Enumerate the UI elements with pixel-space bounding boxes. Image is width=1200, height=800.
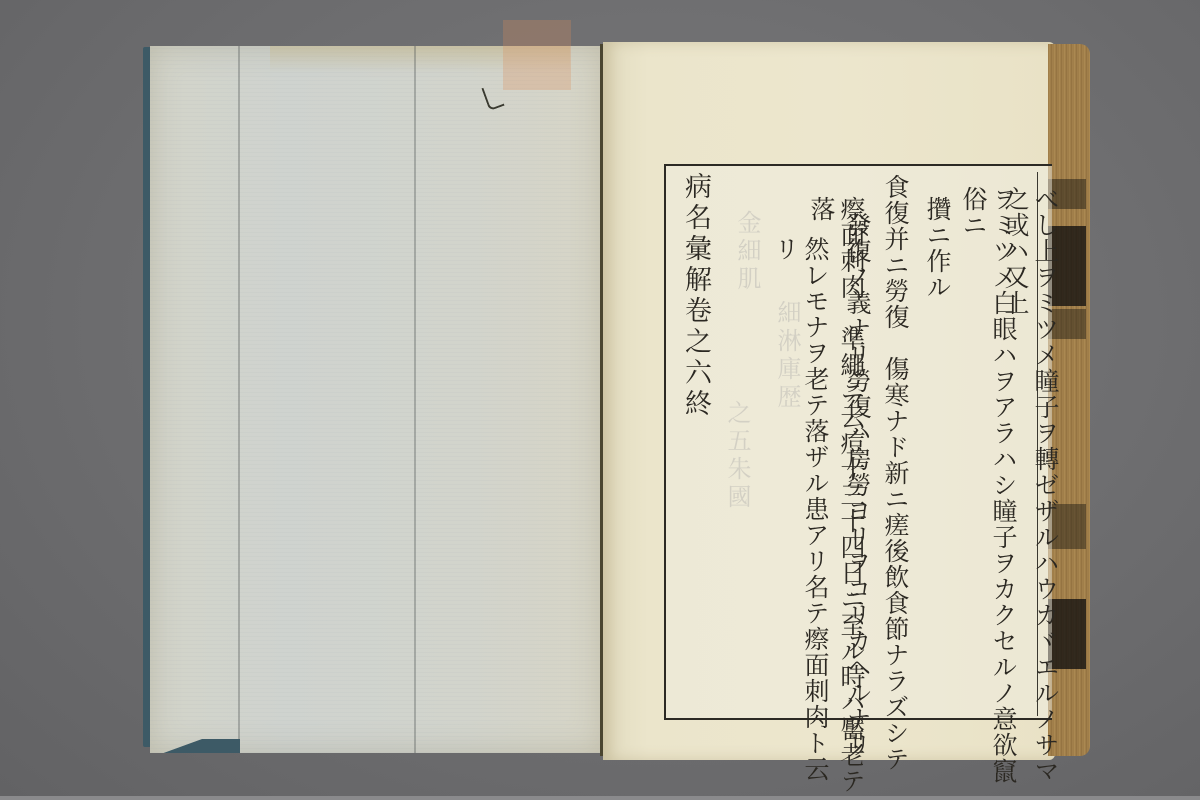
show-through-text: 之五朱國 <box>720 400 755 512</box>
paper-texture <box>150 46 602 753</box>
volume-end-title: 病名彙解卷之六終 <box>680 172 710 420</box>
text-column-7: 然レモナヲ老テ落ザル患アリ名テ瘵面刺肉ト云リ <box>770 236 830 800</box>
text-column-3: 攢ニ作ル <box>922 196 952 300</box>
text-column-2: ヲミツメ白眼ハヲアラハシ瞳子ヲカクセルノ意欲竄俗ニ <box>958 186 1018 800</box>
text-column-4: 食復并ニ勞復 傷寒ナド新ニ瘥後飲食節ナラズシテ <box>880 174 910 772</box>
fold-line <box>238 46 240 753</box>
left-page <box>150 46 602 753</box>
torn-corner <box>150 739 240 753</box>
watermark <box>503 20 571 90</box>
fold-line <box>414 46 416 753</box>
show-through-text: 金細肌 <box>730 210 765 294</box>
